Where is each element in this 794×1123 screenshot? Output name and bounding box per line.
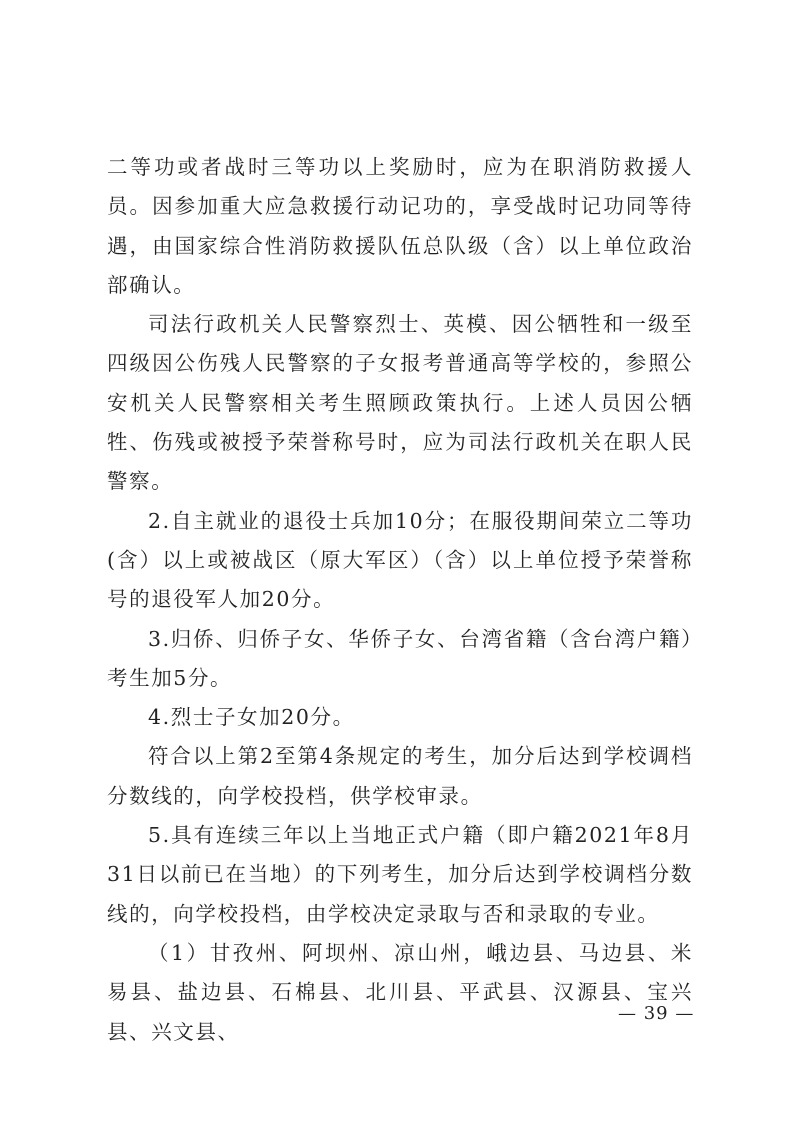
paragraph-item-5-local-residency: 5.具有连续三年以上当地正式户籍（即户籍2021年8月31日以前已在当地）的下列… [107, 816, 693, 934]
paragraph-item-2-veterans: 2.自主就业的退役士兵加10分；在服役期间荣立二等功(含）以上或被战区（原大军区… [107, 502, 693, 620]
paragraph-fire-rescue-merit: 二等功或者战时三等功以上奖励时，应为在职消防救援人员。因参加重大应急救援行动记功… [107, 148, 693, 305]
paragraph-item-3-overseas-chinese: 3.归侨、归侨子女、华侨子女、台湾省籍（含台湾户籍）考生加5分。 [107, 620, 693, 699]
document-page-body: 二等功或者战时三等功以上奖励时，应为在职消防救援人员。因参加重大应急救援行动记功… [107, 148, 693, 1052]
paragraph-items-2-4-summary: 符合以上第2至第4条规定的考生，加分后达到学校调档分数线的，向学校投档，供学校审… [107, 737, 693, 816]
paragraph-item-4-martyr-children: 4.烈士子女加20分。 [107, 698, 693, 737]
paragraph-item-5-sub-1-regions: （1）甘孜州、阿坝州、凉山州，峨边县、马边县、米易县、盐边县、石棉县、北川县、平… [107, 934, 693, 1052]
paragraph-judicial-police: 司法行政机关人民警察烈士、英模、因公牺牲和一级至四级因公伤残人民警察的子女报考普… [107, 305, 693, 501]
page-number: — 39 — [618, 1003, 694, 1024]
